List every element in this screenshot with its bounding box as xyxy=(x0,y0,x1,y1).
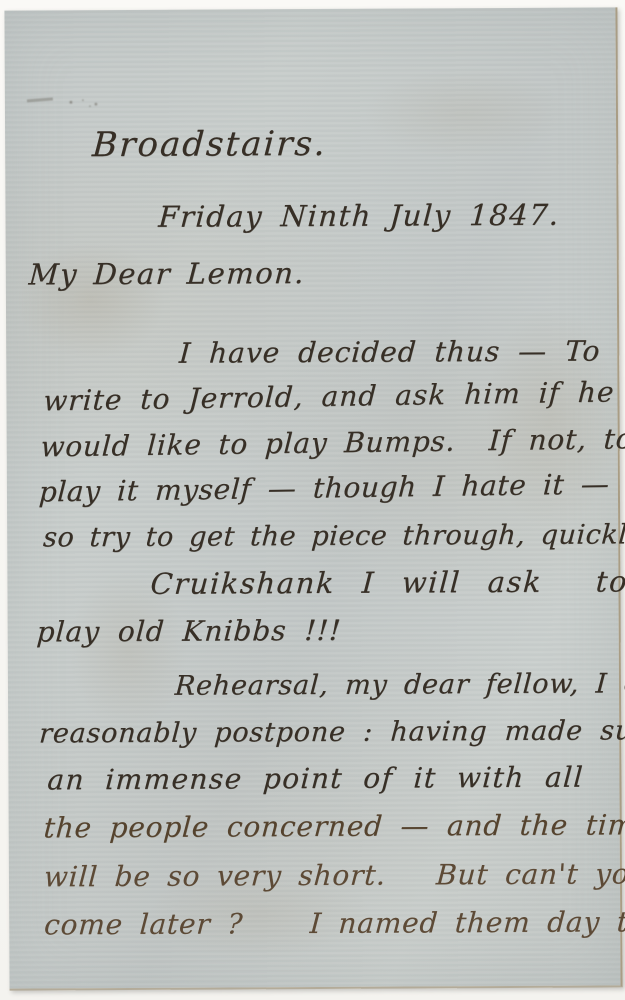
letter-photo: Broadstairs. Friday Ninth July 1847. My … xyxy=(0,0,625,1000)
letter-body-line: an immense point of it with all xyxy=(47,764,585,795)
letter-body-line: play it myself — though I hate it — and xyxy=(38,469,625,506)
letter-place-line: Broadstairs. xyxy=(91,127,328,162)
letter-body-line: the people concerned — and the time xyxy=(43,811,625,842)
letter-body-line: would like to play Bumps. If not, to xyxy=(40,425,625,461)
ink-smudge xyxy=(63,94,105,110)
letter-date-line: Friday Ninth July 1847. xyxy=(158,201,561,232)
letter-body-line: will be so very short. But can't you xyxy=(43,860,625,891)
letter-page: Broadstairs. Friday Ninth July 1847. My … xyxy=(4,7,622,990)
ink-bleedthrough xyxy=(365,68,565,159)
letter-body-line: Cruikshank I will ask to xyxy=(150,567,625,599)
letter-body-line: write to Jerrold, and ask him if he xyxy=(43,378,616,415)
pencil-mark xyxy=(27,97,53,102)
letter-body-line: play old Knibbs !!! xyxy=(36,617,343,647)
letter-body-line: come later ? I named them day to xyxy=(43,908,625,939)
letter-body-line: reasonably postpone : having made such xyxy=(38,717,625,747)
letter-body-line: Rehearsal, my dear fellow, I cannot xyxy=(174,670,625,700)
letter-salutation: My Dear Lemon. xyxy=(28,259,306,289)
letter-body-line: so try to get the piece through, quickly… xyxy=(42,521,625,551)
letter-body-line: I have decided thus — To xyxy=(178,337,601,367)
